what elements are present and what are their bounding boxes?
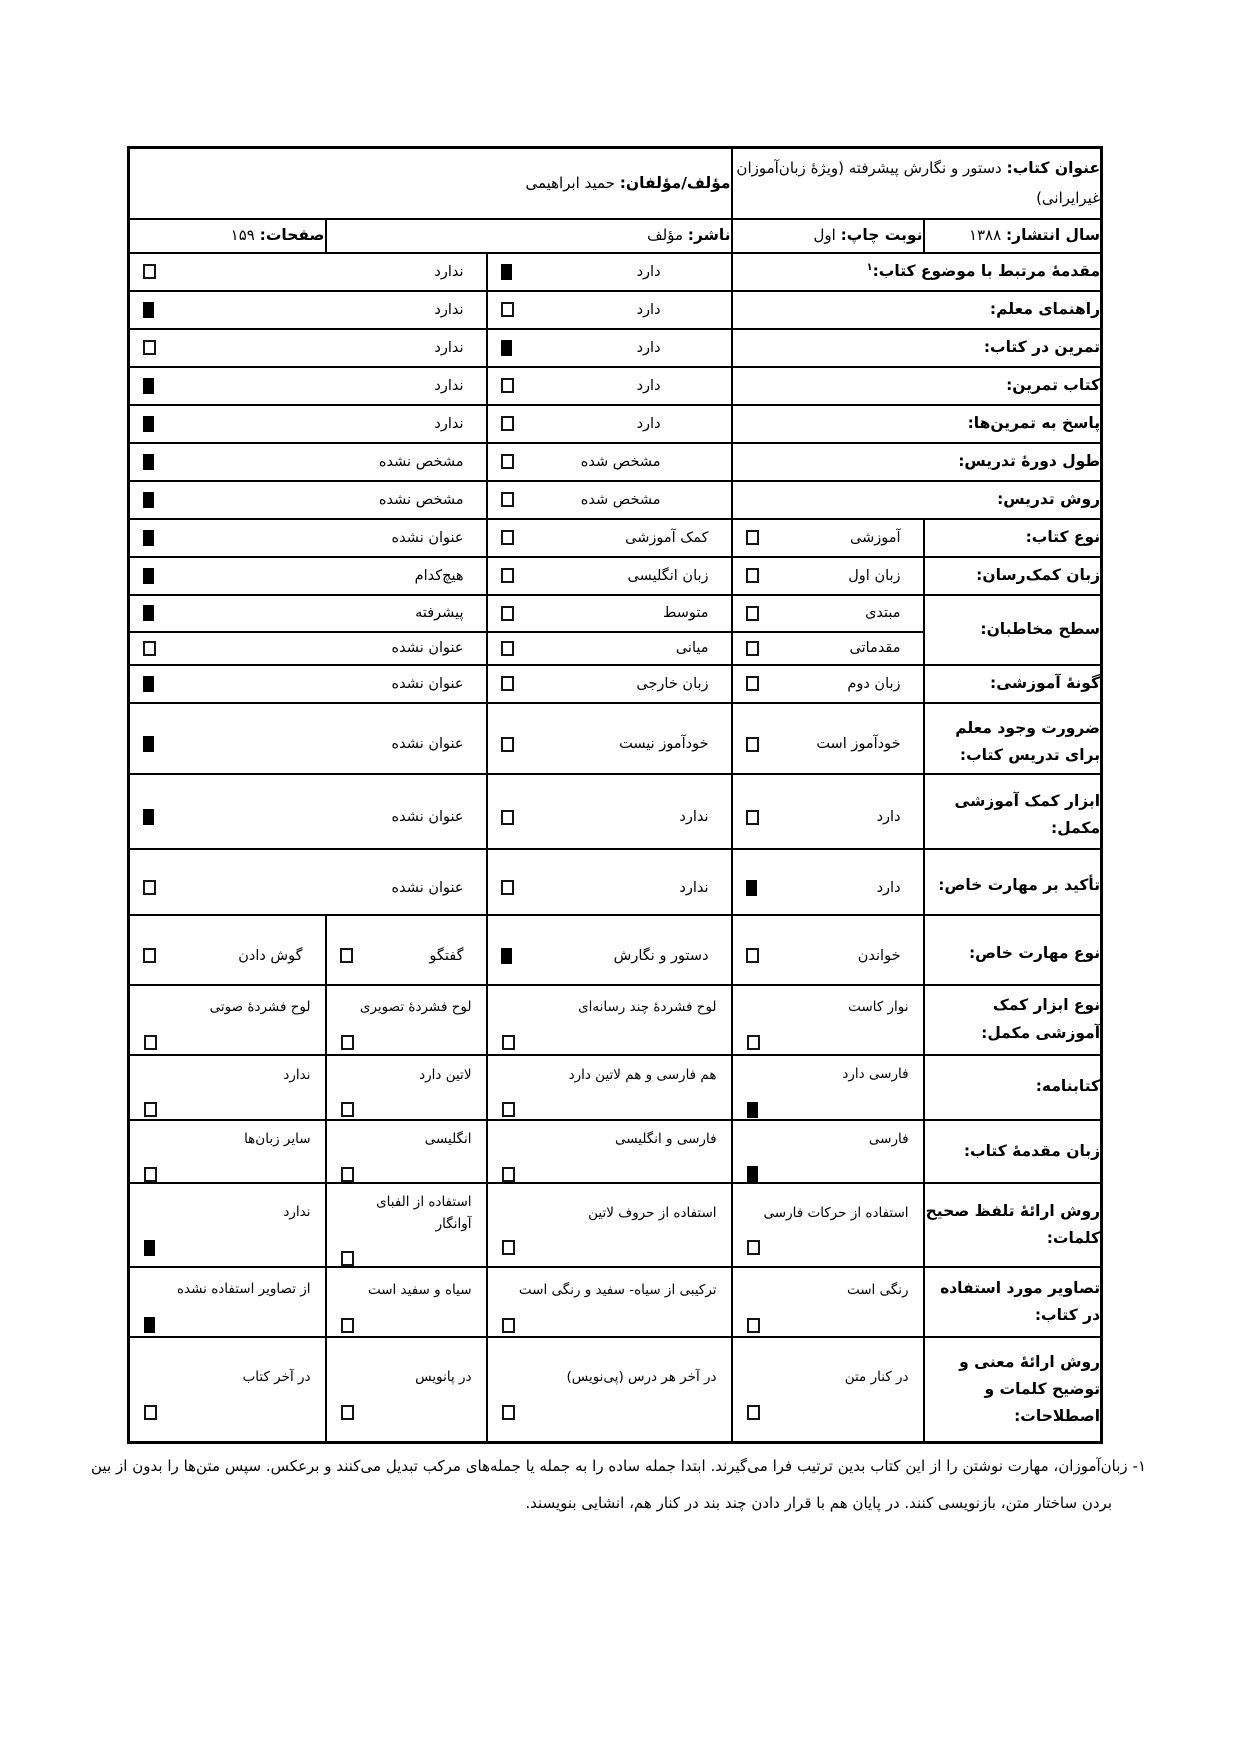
checkbox-icon (143, 809, 154, 825)
row-label-helper-language: زبان کمک‌رسان: (924, 557, 1102, 595)
checkbox-icon (341, 1251, 354, 1266)
option-cell: استفاده از حروف لاتین (487, 1183, 732, 1267)
option-cell: زبان خارجی (487, 665, 732, 703)
option-label: ندارد (434, 264, 463, 280)
checkbox-icon (747, 1166, 758, 1182)
option-label: دارد (637, 416, 661, 432)
option-cell: مشخص شده (487, 481, 732, 519)
row-label-supplementary-tool-type: نوع ابزار کمک آموزشی مکمل: (924, 985, 1102, 1055)
option-cell: آموزشی (732, 519, 924, 557)
checkbox-icon (341, 1167, 354, 1182)
row-label-text: راهنمای معلم: (990, 300, 1100, 318)
option-label: هیچ‌کدام (415, 568, 464, 584)
option-label: فارسی دارد (747, 1064, 909, 1086)
table-row: نوع مهارت خاص: خواندن دستور و نگارش گفتگ… (129, 915, 1102, 985)
table-row: طول دورهٔ تدریس: مشخص شده مشخص نشده (129, 443, 1102, 481)
option-label: انگلیسی (341, 1129, 472, 1151)
option-cell: دارد (487, 367, 732, 405)
row-label-text: کتاب تمرین: (1006, 376, 1100, 394)
option-label: زبان انگلیسی (628, 568, 709, 584)
checkbox-icon (143, 568, 154, 584)
option-label: فارسی (747, 1129, 909, 1151)
row-label-text: روش ارائهٔ معنی و توضیح کلمات و اصطلاحات… (959, 1353, 1100, 1425)
option-cell: لاتین دارد (326, 1055, 487, 1120)
row-label-text: زبان مقدمهٔ کتاب: (964, 1142, 1100, 1160)
option-label: از تصاویر استفاده نشده (144, 1279, 311, 1301)
checkbox-icon (502, 1102, 515, 1117)
option-label: لوح فشردهٔ صوتی (144, 997, 311, 1019)
publish-year-label: سال انتشار: (1006, 226, 1100, 244)
edition-value: اول (814, 226, 836, 244)
option-label: ترکیبی از سیاه- سفید و رنگی است (502, 1280, 717, 1302)
option-cell: استفاده از حرکات فارسی (732, 1183, 924, 1267)
option-label: در کنار متن (747, 1367, 909, 1389)
option-cell: ترکیبی از سیاه- سفید و رنگی است (487, 1267, 732, 1337)
row-label-book-type: نوع کتاب: (924, 519, 1102, 557)
option-label: لوح فشردهٔ تصویری (341, 997, 472, 1019)
author-cell: مؤلف/مؤلفان: حمید ابراهیمی (129, 148, 732, 219)
row-label-text: ابزار کمک آموزشی مکمل: (954, 792, 1100, 837)
option-cell: عنوان نشده (129, 519, 487, 557)
option-cell: پیشرفته (129, 595, 487, 632)
row-label-course-duration: طول دورهٔ تدریس: (732, 443, 1102, 481)
option-cell: فارسی و انگلیسی (487, 1120, 732, 1184)
option-cell: مشخص نشده (129, 481, 487, 519)
option-label: کمک آموزشی (625, 530, 708, 546)
option-cell: گفتگو (326, 915, 487, 985)
option-cell: دارد (487, 405, 732, 443)
footnote-marker: ۱- (1133, 1457, 1146, 1475)
book-title-label: عنوان کتاب: (1007, 159, 1101, 177)
row-label-supplementary-teaching-tool: ابزار کمک آموزشی مکمل: (924, 774, 1102, 849)
row-label-pronunciation-method: روش ارائهٔ تلفظ صحیح کلمات: (924, 1183, 1102, 1267)
option-cell: دارد (732, 849, 924, 915)
option-label: در پانویس (341, 1367, 472, 1389)
table-row: مقدمهٔ مرتبط با موضوع کتاب:۱ دارد ندارد (129, 253, 1102, 291)
checkbox-icon (502, 1405, 515, 1420)
option-cell: عنوان نشده (129, 849, 487, 915)
table-row: روش ارائهٔ معنی و توضیح کلمات و اصطلاحات… (129, 1337, 1102, 1442)
option-label: فارسی و انگلیسی (502, 1129, 717, 1151)
option-cell: ندارد (129, 1055, 326, 1120)
option-label: مشخص شده (581, 454, 661, 470)
row-label-workbook: کتاب تمرین: (732, 367, 1102, 405)
row-label-special-skill-emphasis: تأکید بر مهارت خاص: (924, 849, 1102, 915)
option-label: دارد (877, 880, 901, 896)
footnote-text: زبان‌آموزان، مهارت نوشتن را از این کتاب … (91, 1457, 1128, 1512)
option-label: لوح فشردهٔ چند رسانه‌ای (502, 997, 717, 1019)
row-label-special-skill-type: نوع مهارت خاص: (924, 915, 1102, 985)
option-label: دارد (637, 340, 661, 356)
checkbox-icon (144, 1405, 157, 1420)
option-label: عنوان نشده (392, 736, 464, 752)
row-label-teacher-necessity: ضرورت وجود معلم برای تدریس کتاب: (924, 703, 1102, 774)
row-label-intro-language: زبان مقدمهٔ کتاب: (924, 1120, 1102, 1184)
checkbox-icon (501, 810, 514, 825)
option-cell: هیچ‌کدام (129, 557, 487, 595)
option-label: زبان دوم (847, 676, 900, 692)
option-label: ندارد (144, 1065, 311, 1087)
checkbox-icon (144, 1240, 155, 1256)
checkbox-icon (501, 568, 514, 583)
checkbox-icon (144, 1167, 157, 1182)
option-label: عنوان نشده (392, 676, 464, 692)
row-label-text: طول دورهٔ تدریس: (958, 452, 1100, 470)
option-cell: دارد (487, 291, 732, 329)
row-label-text: روش ارائهٔ تلفظ صحیح کلمات: (926, 1202, 1100, 1247)
table-row: زبان کمک‌رسان: زبان اول زبان انگلیسی هیچ… (129, 557, 1102, 595)
checkbox-icon (143, 416, 154, 432)
table-row: تمرین در کتاب: دارد ندارد (129, 329, 1102, 367)
option-cell: ندارد (487, 774, 732, 849)
checkbox-icon (144, 1102, 157, 1117)
row-label-meaning-presentation: روش ارائهٔ معنی و توضیح کلمات و اصطلاحات… (924, 1337, 1102, 1442)
option-cell: میانی (487, 632, 732, 665)
option-cell: سیاه و سفید است (326, 1267, 487, 1337)
option-label: مشخص نشده (379, 492, 464, 508)
publisher-value: مؤلف (647, 226, 683, 244)
row-label-text: نوع ابزار کمک آموزشی مکمل: (981, 996, 1100, 1041)
row-label-bibliography: کتابنامه: (924, 1055, 1102, 1120)
option-label: خودآموز نیست (619, 736, 708, 752)
option-cell: ندارد (129, 329, 487, 367)
checkbox-icon (341, 1102, 354, 1117)
option-label: گفتگو (429, 948, 463, 964)
option-cell: خواندن (732, 915, 924, 985)
option-cell: فارسی دارد (732, 1055, 924, 1120)
checkbox-icon (747, 1102, 758, 1118)
table-row: تأکید بر مهارت خاص: دارد ندارد عنوان نشد… (129, 849, 1102, 915)
checkbox-icon (501, 676, 514, 691)
checkbox-icon (746, 948, 759, 963)
table-row: نوع کتاب: آموزشی کمک آموزشی عنوان نشده (129, 519, 1102, 557)
option-cell: عنوان نشده (129, 632, 487, 665)
table-row: زبان مقدمهٔ کتاب: فارسی فارسی و انگلیسی … (129, 1120, 1102, 1184)
checkbox-icon (143, 340, 156, 355)
option-cell: لوح فشردهٔ چند رسانه‌ای (487, 985, 732, 1055)
checkbox-icon (501, 606, 514, 621)
checkbox-icon (143, 302, 154, 318)
option-cell: هم فارسی و هم لاتین دارد (487, 1055, 732, 1120)
option-cell: مشخص نشده (129, 443, 487, 481)
option-label: رنگی است (747, 1280, 909, 1302)
checkbox-icon (747, 1318, 760, 1333)
book-title-cell: عنوان کتاب: دستور و نگارش پیشرفته (ویژهٔ… (732, 148, 1102, 219)
option-cell: زبان انگلیسی (487, 557, 732, 595)
option-label: استفاده از حرکات فارسی (747, 1203, 909, 1225)
option-label: مقدماتی (850, 640, 901, 656)
checkbox-icon (747, 1035, 760, 1050)
option-label: سایر زبان‌ها (144, 1129, 311, 1151)
checkbox-icon (501, 492, 514, 507)
option-cell: خودآموز نیست (487, 703, 732, 774)
option-cell: ندارد (129, 291, 487, 329)
document-page: عنوان کتاب: دستور و نگارش پیشرفته (ویژهٔ… (0, 0, 1241, 1755)
option-label: استفاده از حروف لاتین (502, 1203, 717, 1225)
option-label: عنوان نشده (392, 530, 464, 546)
checkbox-icon (501, 264, 512, 280)
row-label-teaching-method: روش تدریس: (732, 481, 1102, 519)
checkbox-icon (746, 606, 759, 621)
option-label: خواندن (858, 948, 901, 964)
option-label: مبتدی (865, 605, 900, 621)
edition-label: نوبت چاپ: (841, 226, 923, 244)
checkbox-icon (501, 454, 514, 469)
row-label-exercises-in-book: تمرین در کتاب: (732, 329, 1102, 367)
option-cell: ندارد (129, 253, 487, 291)
checkbox-icon (143, 641, 156, 656)
option-label: آموزشی (850, 530, 901, 546)
checkbox-icon (746, 530, 759, 545)
option-cell: در آخر کتاب (129, 1337, 326, 1442)
option-label: مشخص نشده (379, 454, 464, 470)
option-label: عنوان نشده (392, 809, 464, 825)
publish-year-value: ۱۳۸۸ (969, 226, 1001, 244)
checkbox-icon (501, 416, 514, 431)
option-label: دارد (877, 809, 901, 825)
option-cell: در کنار متن (732, 1337, 924, 1442)
checkbox-icon (501, 737, 514, 752)
option-cell: ندارد (129, 1183, 326, 1267)
option-label: دارد (637, 264, 661, 280)
page-count-cell: صفحات: ۱۵۹ (129, 219, 326, 253)
row-label-text: روش تدریس: (997, 490, 1100, 508)
row-label-text: نوع کتاب: (1026, 528, 1100, 546)
option-label: در آخر هر درس (پی‌نویس) (502, 1367, 717, 1389)
option-label: سیاه و سفید است (341, 1280, 472, 1302)
option-cell: لوح فشردهٔ تصویری (326, 985, 487, 1055)
table-row: روش تدریس: مشخص شده مشخص نشده (129, 481, 1102, 519)
option-cell: از تصاویر استفاده نشده (129, 1267, 326, 1337)
checkbox-icon (501, 641, 514, 656)
table-row: سطح مخاطبان: مبتدی متوسط پیشرفته (129, 595, 1102, 632)
checkbox-icon (502, 1035, 515, 1050)
checkbox-icon (747, 1240, 760, 1255)
option-label: مشخص شده (581, 492, 661, 508)
edition-cell: نوبت چاپ: اول (732, 219, 924, 253)
publisher-cell: ناشر: مؤلف (326, 219, 732, 253)
row-label-education-type: گونهٔ آموزشی: (924, 665, 1102, 703)
option-cell: لوح فشردهٔ صوتی (129, 985, 326, 1055)
option-label: دارد (637, 378, 661, 394)
checkbox-icon (746, 737, 759, 752)
option-label: لاتین دارد (341, 1065, 472, 1087)
checkbox-icon (501, 302, 514, 317)
checkbox-icon (143, 378, 154, 394)
option-label: متوسط (663, 605, 709, 621)
option-label: دارد (637, 302, 661, 318)
checkbox-icon (341, 1035, 354, 1050)
checkbox-icon (341, 1405, 354, 1420)
checkbox-icon (746, 568, 759, 583)
option-label: عنوان نشده (392, 880, 464, 896)
option-label: ندارد (434, 302, 463, 318)
option-cell: متوسط (487, 595, 732, 632)
checkbox-icon (746, 641, 759, 656)
option-cell: زبان دوم (732, 665, 924, 703)
checkbox-icon (143, 454, 154, 470)
book-info-table: عنوان کتاب: دستور و نگارش پیشرفته (ویژهٔ… (127, 146, 1103, 1444)
checkbox-icon (746, 810, 759, 825)
option-cell: استفاده از الفبای آوانگار (326, 1183, 487, 1267)
checkbox-icon (341, 1318, 354, 1333)
row-label-teacher-guide: راهنمای معلم: (732, 291, 1102, 329)
option-cell: مبتدی (732, 595, 924, 632)
checkbox-icon (501, 880, 514, 895)
option-label: گوش دادن (238, 948, 302, 964)
option-label: استفاده از الفبای آوانگار (341, 1192, 472, 1235)
checkbox-icon (143, 530, 154, 546)
option-cell: ندارد (487, 849, 732, 915)
option-label: پیشرفته (415, 605, 463, 621)
page-count-label: صفحات: (260, 226, 325, 244)
option-cell: خودآموز است (732, 703, 924, 774)
option-label: زبان اول (848, 568, 900, 584)
checkbox-icon (143, 880, 156, 895)
option-cell: دارد (732, 774, 924, 849)
option-cell: در آخر هر درس (پی‌نویس) (487, 1337, 732, 1442)
checkbox-icon (502, 1318, 515, 1333)
checkbox-icon (143, 948, 156, 963)
option-label: در آخر کتاب (144, 1367, 311, 1389)
row-label-text: کتابنامه: (1036, 1077, 1100, 1095)
option-label: نوار کاست (747, 997, 909, 1019)
table-row: پاسخ به تمرین‌ها: دارد ندارد (129, 405, 1102, 443)
option-cell: کمک آموزشی (487, 519, 732, 557)
checkbox-icon (501, 948, 512, 964)
option-cell: انگلیسی (326, 1120, 487, 1184)
option-cell: نوار کاست (732, 985, 924, 1055)
option-cell: عنوان نشده (129, 774, 487, 849)
page-count-value: ۱۵۹ (231, 226, 255, 244)
option-label: خودآموز است (816, 736, 900, 752)
row-label-text: پاسخ به تمرین‌ها: (968, 414, 1100, 432)
option-cell: گوش دادن (129, 915, 326, 985)
table-row: گونهٔ آموزشی: زبان دوم زبان خارجی عنوان … (129, 665, 1102, 703)
row-label-book-images: تصاویر مورد استفاده در کتاب: (924, 1267, 1102, 1337)
footnote: ۱- زبان‌آموزان، مهارت نوشتن را از این کت… (91, 1448, 1146, 1522)
checkbox-icon (501, 530, 514, 545)
row-label-text: زبان کمک‌رسان: (976, 566, 1100, 584)
option-cell: مقدماتی (732, 632, 924, 665)
table-row: کتاب تمرین: دارد ندارد (129, 367, 1102, 405)
option-label: ندارد (434, 340, 463, 356)
author-label: مؤلف/مؤلفان: (620, 174, 731, 192)
table-row: کتابنامه: فارسی دارد هم فارسی و هم لاتین… (129, 1055, 1102, 1120)
checkbox-icon (143, 605, 154, 621)
row-label-text: ضرورت وجود معلم برای تدریس کتاب: (955, 719, 1100, 764)
option-label: ندارد (434, 378, 463, 394)
option-cell: سایر زبان‌ها (129, 1120, 326, 1184)
row-label-text: گونهٔ آموزشی: (990, 674, 1100, 692)
checkbox-icon (502, 1240, 515, 1255)
row-label-text: نوع مهارت خاص: (969, 944, 1100, 962)
row-label-intro-related-to-subject: مقدمهٔ مرتبط با موضوع کتاب:۱ (732, 253, 1102, 291)
option-label: ندارد (434, 416, 463, 432)
checkbox-icon (746, 880, 757, 896)
table-row: سال انتشار: ۱۳۸۸ نوبت چاپ: اول ناشر: مؤل… (129, 219, 1102, 253)
option-cell: دارد (487, 329, 732, 367)
option-cell: فارسی (732, 1120, 924, 1184)
row-label-text: تمرین در کتاب: (984, 338, 1100, 356)
option-label: ندارد (679, 880, 708, 896)
checkbox-icon (143, 264, 156, 279)
table-row: راهنمای معلم: دارد ندارد (129, 291, 1102, 329)
checkbox-icon (143, 492, 154, 508)
option-cell: دارد (487, 253, 732, 291)
option-label: زبان خارجی (636, 676, 708, 692)
publisher-label: ناشر: (688, 226, 731, 244)
checkbox-icon (144, 1317, 155, 1333)
option-cell: رنگی است (732, 1267, 924, 1337)
checkbox-icon (340, 948, 353, 963)
checkbox-icon (502, 1167, 515, 1182)
option-cell: ندارد (129, 405, 487, 443)
row-label-exercise-answers: پاسخ به تمرین‌ها: (732, 405, 1102, 443)
row-label-text: مقدمهٔ مرتبط با موضوع کتاب: (873, 262, 1100, 280)
row-label-text: سطح مخاطبان: (980, 620, 1100, 638)
row-label-text: تأکید بر مهارت خاص: (938, 876, 1100, 894)
row-label-audience-level: سطح مخاطبان: (924, 595, 1102, 665)
option-label: ندارد (679, 809, 708, 825)
option-cell: عنوان نشده (129, 665, 487, 703)
checkbox-icon (501, 340, 512, 356)
checkbox-icon (143, 736, 154, 752)
option-cell: مشخص شده (487, 443, 732, 481)
checkbox-icon (143, 676, 154, 692)
checkbox-icon (501, 378, 514, 393)
option-cell: ندارد (129, 367, 487, 405)
table-row: نوع ابزار کمک آموزشی مکمل: نوار کاست لوح… (129, 985, 1102, 1055)
option-cell: در پانویس (326, 1337, 487, 1442)
option-label: دستور و نگارش (614, 948, 709, 964)
publish-year-cell: سال انتشار: ۱۳۸۸ (924, 219, 1102, 253)
checkbox-icon (144, 1035, 157, 1050)
checkbox-icon (746, 676, 759, 691)
table-row: تصاویر مورد استفاده در کتاب: رنگی است تر… (129, 1267, 1102, 1337)
option-cell: عنوان نشده (129, 703, 487, 774)
option-cell: دستور و نگارش (487, 915, 732, 985)
option-cell: زبان اول (732, 557, 924, 595)
option-label: عنوان نشده (392, 640, 464, 656)
table-row: ضرورت وجود معلم برای تدریس کتاب: خودآموز… (129, 703, 1102, 774)
table-row: عنوان کتاب: دستور و نگارش پیشرفته (ویژهٔ… (129, 148, 1102, 219)
checkbox-icon (747, 1405, 760, 1420)
row-label-text: تصاویر مورد استفاده در کتاب: (940, 1279, 1100, 1324)
option-label: ندارد (144, 1202, 311, 1224)
option-label: هم فارسی و هم لاتین دارد (502, 1065, 717, 1087)
table-row: ابزار کمک آموزشی مکمل: دارد ندارد عنوان … (129, 774, 1102, 849)
author-value: حمید ابراهیمی (525, 174, 615, 192)
table-row: روش ارائهٔ تلفظ صحیح کلمات: استفاده از ح… (129, 1183, 1102, 1267)
option-label: میانی (676, 640, 709, 656)
